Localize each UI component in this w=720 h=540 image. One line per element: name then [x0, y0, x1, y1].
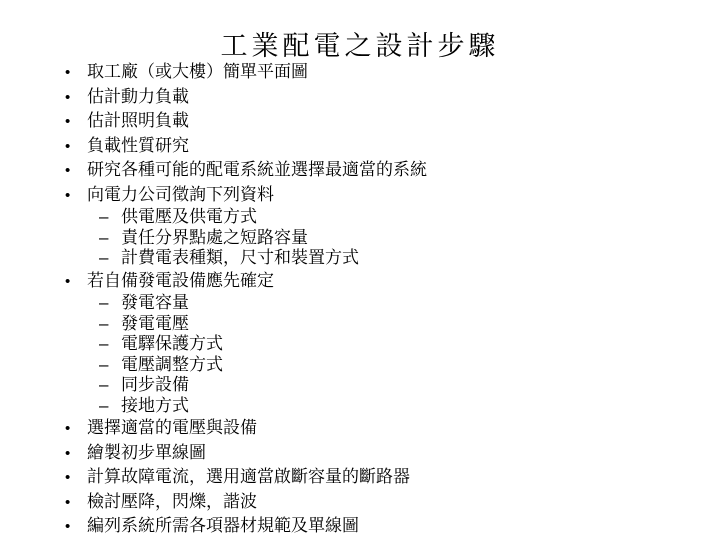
bullet-text: 研究各種可能的配電系統並選擇最適當的系統 [87, 158, 427, 182]
bullet-text: 責任分界點處之短路容量 [121, 228, 308, 249]
dash-icon: – [99, 334, 121, 355]
sub-bullet-item: –供電壓及供電方式 [65, 207, 695, 228]
bullet-text: 若自備發電設備應先確定 [87, 269, 274, 293]
sub-bullet-item: –計費電表種類，尺寸和裝置方式 [65, 248, 695, 269]
sub-bullet-item: –電壓調整方式 [65, 355, 695, 376]
bullet-item: •向電力公司徵詢下列資料 [65, 183, 695, 208]
bullet-item: •檢討壓降，閃爍，諧波 [65, 490, 695, 515]
dash-icon: – [99, 293, 121, 314]
bullet-text: 估計動力負載 [87, 85, 189, 109]
bullet-icon: • [65, 110, 87, 134]
sub-bullet-item: –責任分界點處之短路容量 [65, 228, 695, 249]
bullet-text: 檢討壓降，閃爍，諧波 [87, 490, 257, 514]
bullet-text: 選擇適當的電壓與設備 [87, 416, 257, 440]
presentation-slide: 工業配電之設計步驟 •取工廠（或大樓）簡單平面圖•估計動力負載•估計照明負載•負… [0, 0, 720, 540]
bullet-item: •負載性質研究 [65, 134, 695, 159]
sub-bullet-item: –同步設備 [65, 375, 695, 396]
bullet-text: 繪製初步單線圖 [87, 441, 206, 465]
bullet-item: •估計動力負載 [65, 85, 695, 110]
dash-icon: – [99, 228, 121, 249]
dash-icon: – [99, 375, 121, 396]
dash-icon: – [99, 355, 121, 376]
sub-bullet-item: –電驛保護方式 [65, 334, 695, 355]
bullet-item: •編列系統所需各項器材規範及單線圖 [65, 514, 695, 539]
bullet-text: 接地方式 [121, 396, 189, 417]
sub-bullet-item: –發電電壓 [65, 314, 695, 335]
bullet-text: 負載性質研究 [87, 134, 189, 158]
bullet-text: 電壓調整方式 [121, 355, 223, 376]
dash-icon: – [99, 396, 121, 417]
bullet-item: •選擇適當的電壓與設備 [65, 416, 695, 441]
bullet-text: 供電壓及供電方式 [121, 207, 257, 228]
bullet-icon: • [65, 135, 87, 159]
bullet-icon: • [65, 184, 87, 208]
bullet-text: 電驛保護方式 [121, 334, 223, 355]
bullet-icon: • [65, 466, 87, 490]
bullet-icon: • [65, 159, 87, 183]
dash-icon: – [99, 314, 121, 335]
bullet-text: 同步設備 [121, 375, 189, 396]
sub-bullet-item: –發電容量 [65, 293, 695, 314]
bullet-icon: • [65, 86, 87, 110]
bullet-icon: • [65, 417, 87, 441]
bullet-text: 發電容量 [121, 293, 189, 314]
bullet-text: 發電電壓 [121, 314, 189, 335]
bullet-item: •若自備發電設備應先確定 [65, 269, 695, 294]
bullet-text: 計算故障電流，選用適當啟斷容量的斷路器 [87, 465, 410, 489]
bullet-item: •研究各種可能的配電系統並選擇最適當的系統 [65, 158, 695, 183]
bullet-list: •取工廠（或大樓）簡單平面圖•估計動力負載•估計照明負載•負載性質研究•研究各種… [65, 60, 695, 539]
dash-icon: – [99, 248, 121, 269]
sub-bullet-item: –接地方式 [65, 396, 695, 417]
bullet-text: 編列系統所需各項器材規範及單線圖 [87, 514, 359, 538]
dash-icon: – [99, 207, 121, 228]
bullet-text: 取工廠（或大樓）簡單平面圖 [87, 60, 308, 84]
bullet-text: 向電力公司徵詢下列資料 [87, 183, 274, 207]
bullet-icon: • [65, 270, 87, 294]
page-title: 工業配電之設計步驟 [0, 24, 720, 63]
bullet-item: •繪製初步單線圖 [65, 441, 695, 466]
bullet-icon: • [65, 442, 87, 466]
bullet-text: 估計照明負載 [87, 109, 189, 133]
bullet-icon: • [65, 491, 87, 515]
bullet-icon: • [65, 515, 87, 539]
bullet-text: 計費電表種類，尺寸和裝置方式 [121, 248, 359, 269]
bullet-item: •估計照明負載 [65, 109, 695, 134]
bullet-item: •取工廠（或大樓）簡單平面圖 [65, 60, 695, 85]
bullet-icon: • [65, 61, 87, 85]
bullet-item: •計算故障電流，選用適當啟斷容量的斷路器 [65, 465, 695, 490]
